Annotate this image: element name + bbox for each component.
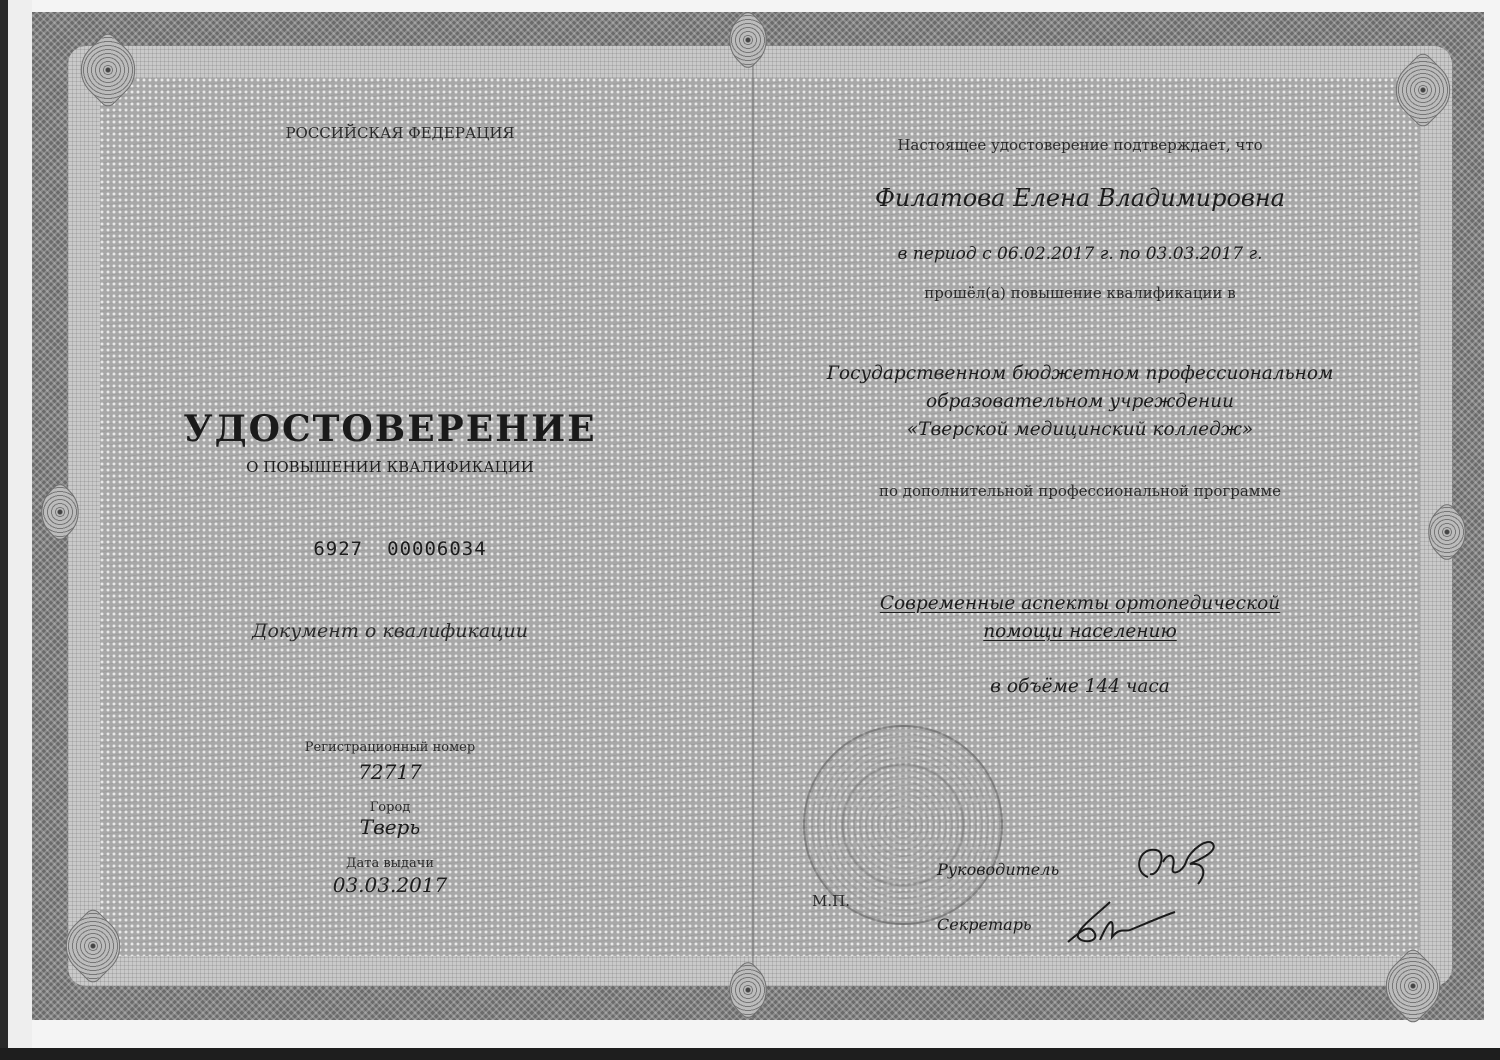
series: 6927	[313, 538, 363, 560]
scan-bottom-edge	[0, 1048, 1500, 1060]
scan-edge-light	[8, 0, 32, 1048]
issue-date: 03.03.2017	[240, 873, 540, 897]
secretary-signature-icon	[1060, 892, 1180, 952]
certificate-title: УДОСТОВЕРЕНИЕ	[150, 408, 630, 450]
program-line: Современные аспекты ортопедической	[820, 590, 1340, 618]
center-fold	[752, 12, 754, 1020]
organization-line: образовательном учреждении	[790, 388, 1370, 416]
secretary-label: Секретарь	[937, 915, 1032, 934]
head-signature-icon	[1128, 832, 1228, 892]
organization-line: «Тверской медицинский колледж»	[790, 416, 1370, 444]
passed-text: прошёл(а) повышение квалификации в	[820, 284, 1340, 302]
country-heading: РОССИЙСКАЯ ФЕДЕРАЦИЯ	[200, 124, 600, 142]
program-name: Современные аспекты ортопедической помощ…	[820, 590, 1340, 646]
city-value: Тверь	[240, 815, 540, 839]
confirm-text: Настоящее удостоверение подтверждает, чт…	[820, 136, 1340, 154]
holder-name: Филатова Елена Владимировна	[820, 184, 1340, 212]
document-type: Документ о квалификации	[190, 620, 590, 642]
program-line: помощи населению	[820, 618, 1340, 646]
city-label: Город	[240, 800, 540, 815]
seal-label: М.П.	[812, 892, 850, 910]
registration-label: Регистрационный номер	[240, 740, 540, 755]
head-label: Руководитель	[937, 860, 1059, 879]
training-period: в период с 06.02.2017 г. по 03.03.2017 г…	[820, 244, 1340, 264]
issue-date-label: Дата выдачи	[240, 856, 540, 871]
certificate-number: 692700006034	[240, 538, 560, 560]
program-hours: в объёме 144 часа	[820, 676, 1340, 697]
program-label: по дополнительной профессиональной прогр…	[820, 482, 1340, 500]
organization-line: Государственном бюджетном профессиональн…	[790, 360, 1370, 388]
registration-number: 72717	[240, 760, 540, 784]
organization-name: Государственном бюджетном профессиональн…	[790, 360, 1370, 444]
certificate-subtitle: О ПОВЫШЕНИИ КВАЛИФИКАЦИИ	[150, 458, 630, 476]
scan-edge-dark	[0, 0, 8, 1048]
number: 00006034	[387, 538, 487, 560]
